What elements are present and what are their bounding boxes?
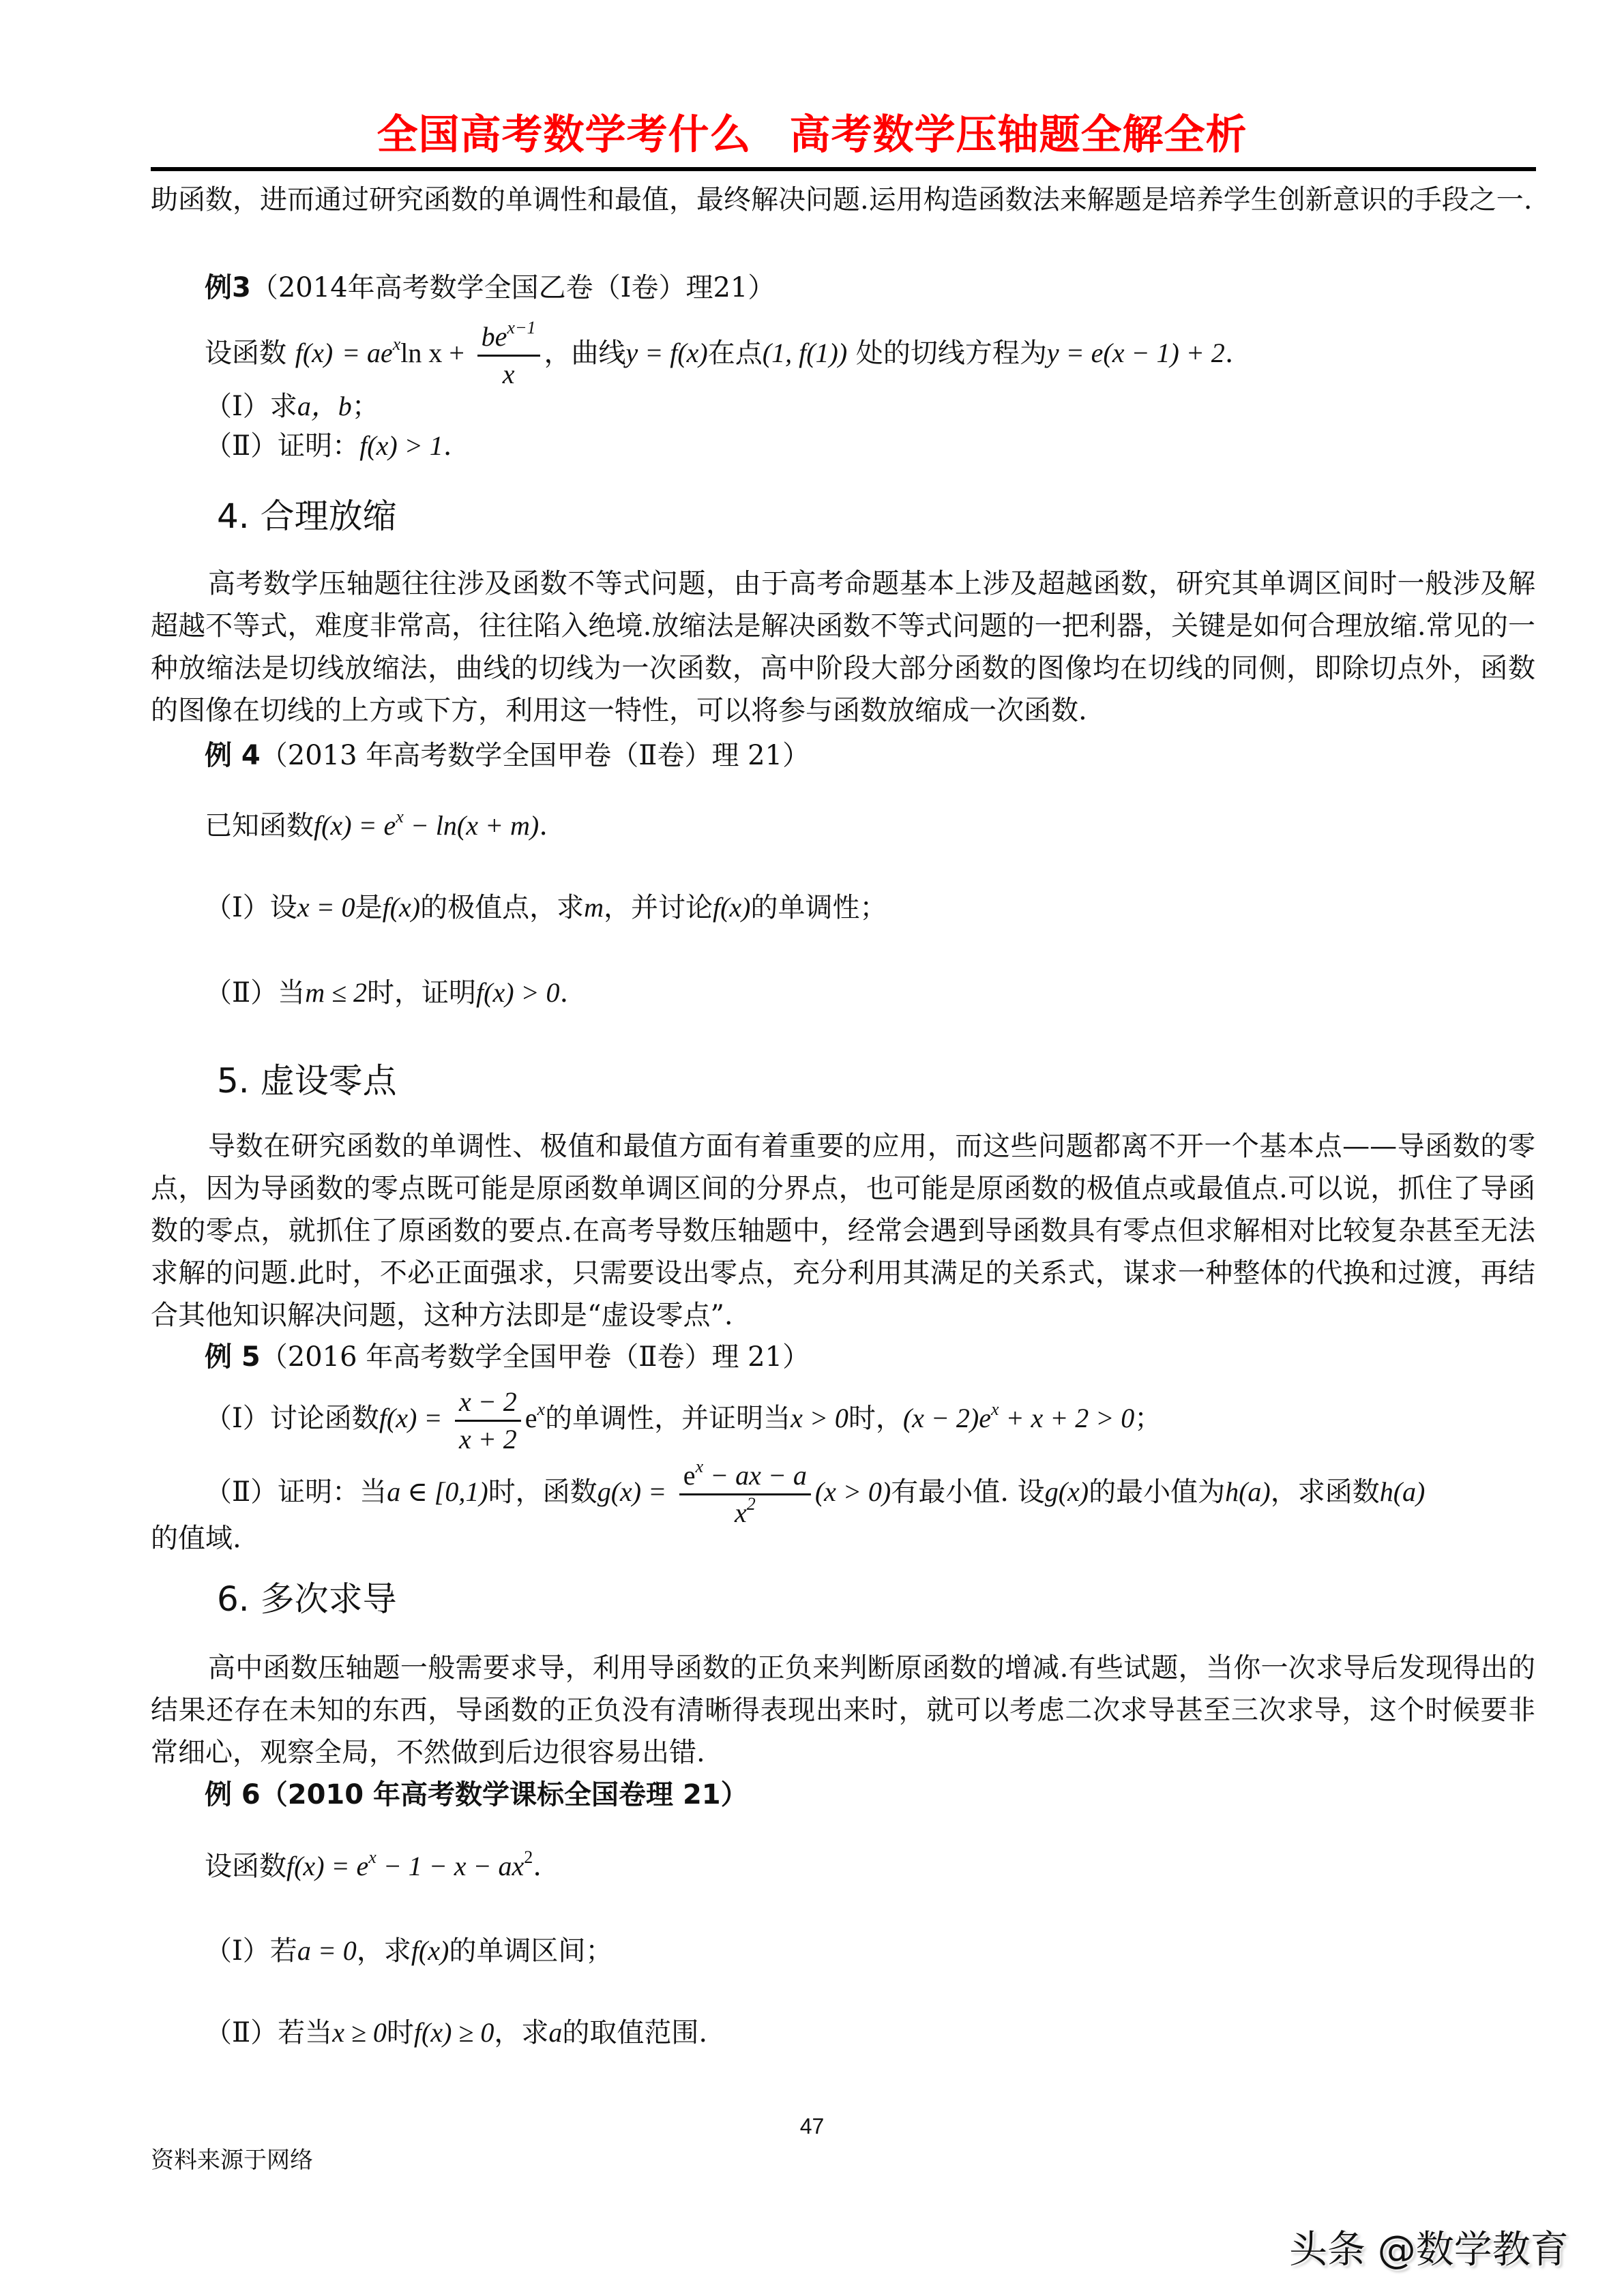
math-expr: f(x) [295,338,334,368]
fraction-numerator: x − 2 [455,1384,521,1422]
page-header-title: 全国高考数学考什么高考数学压轴题全解全析 [0,108,1624,162]
math-expr: y = f(x) [626,338,708,368]
example-source: （2010 年高考数学课标全国卷理 21） [261,1779,748,1810]
example-5-q1: （Ⅰ）讨论函数f(x) = x − 2 x + 2 ex的单调性，并证明当x >… [205,1377,1162,1459]
example-4-q2: （Ⅱ）当m ≤ 2时，证明f(x) > 0. [205,972,568,1014]
section-6-heading: 6. 多次求导 [217,1575,397,1623]
watermark: 头条 @数学教育 [1289,2220,1569,2274]
stem-text: . [1225,338,1234,369]
section-6-paragraph: 高中函数压轴题一般需要求导，利用导函数的正负来判断原函数的增减.有些试题，当你一… [151,1647,1535,1774]
fraction-numerator: ex − ax − a [679,1458,811,1495]
page-number: 47 [0,2114,1624,2139]
example-6-stem: 设函数f(x) = ex − 1 − x − ax2. [205,1845,542,1888]
fraction-numerator: bex−1 [477,319,540,357]
example-5-q2-tail: 的值域. [151,1517,241,1560]
fraction-denominator: x2 [679,1495,811,1531]
stem-text: ，曲线 [544,338,626,369]
example-6-title: 例 6（2010 年高考数学课标全国卷理 21） [205,1774,748,1815]
example-3-stem: 设函数 f(x) = aexln x + bex−1 x ，曲线y = f(x)… [205,312,1234,394]
example-4-stem: 已知函数f(x) = ex − ln(x + m). [205,805,548,847]
section-4-paragraph: 高考数学压轴题往往涉及函数不等式问题，由于高考命题基本上涉及超越函数，研究其单调… [151,563,1535,732]
fraction-denominator: x [477,357,540,392]
example-6-q1: （Ⅰ）若a = 0，求f(x)的单调区间； [205,1930,612,1972]
math-fraction: bex−1 x [477,319,540,392]
math-fraction: x − 2 x + 2 [455,1384,521,1457]
example-6-q2: （Ⅱ）若当x ≥ 0时f(x) ≥ 0，求a的取值范围. [205,2012,707,2054]
math-sup: x [393,334,401,354]
math-expr: ln x + [400,338,464,368]
intro-paragraph: 助函数，进而通过研究函数的单调性和最值，最终解决问题.运用构造函数法来解题是培养… [151,179,1535,221]
math-expr: y = e(x − 1) + 2 [1047,338,1225,368]
header-rule [151,167,1536,171]
example-label: 例 6 [205,1779,261,1810]
header-title-right: 高考数学压轴题全解全析 [790,111,1247,159]
example-label: 例3 [205,272,251,303]
math-expr: = ae [342,338,393,368]
example-source: （2013 年高考数学全国甲卷（Ⅱ卷）理 21） [261,740,810,771]
example-5-title: 例 5（2016 年高考数学全国甲卷（Ⅱ卷）理 21） [205,1337,810,1377]
stem-text: 设函数 [205,338,286,369]
section-5-heading: 5. 虚设零点 [217,1057,397,1105]
example-4-title: 例 4（2013 年高考数学全国甲卷（Ⅱ卷）理 21） [205,735,810,776]
example-3-q1: （Ⅰ）求a，b； [205,385,379,428]
math-fraction: ex − ax − a x2 [679,1458,811,1531]
example-source: （2016 年高考数学全国甲卷（Ⅱ卷）理 21） [261,1341,810,1373]
example-3-title: 例3（2014年高考数学全国乙卷（Ⅰ卷）理21） [205,267,775,308]
example-4-q1: （Ⅰ）设x = 0是f(x)的极值点，求m，并讨论f(x)的单调性； [205,886,887,929]
math-expr: (1, f(1)) [763,338,847,368]
example-5-q2: （Ⅱ）证明：当a ∈ [0,1)时，函数g(x) = ex − ax − a x… [205,1451,1425,1533]
example-source: （2014年高考数学全国乙卷（Ⅰ卷）理21） [251,272,776,303]
section-5-paragraph: 导数在研究函数的单调性、极值和最值方面有着重要的应用，而这些问题都离不开一个基本… [151,1125,1535,1337]
source-note: 资料来源于网络 [151,2141,313,2175]
header-title-left: 全国高考数学考什么 [377,111,752,159]
stem-text: 处的切线方程为 [847,338,1047,369]
example-3-q2: （Ⅱ）证明：f(x) > 1. [205,425,452,467]
example-label: 例 4 [205,740,261,771]
stem-text: 在点 [708,338,763,369]
section-4-heading: 4. 合理放缩 [217,492,397,540]
example-label: 例 5 [205,1341,261,1373]
